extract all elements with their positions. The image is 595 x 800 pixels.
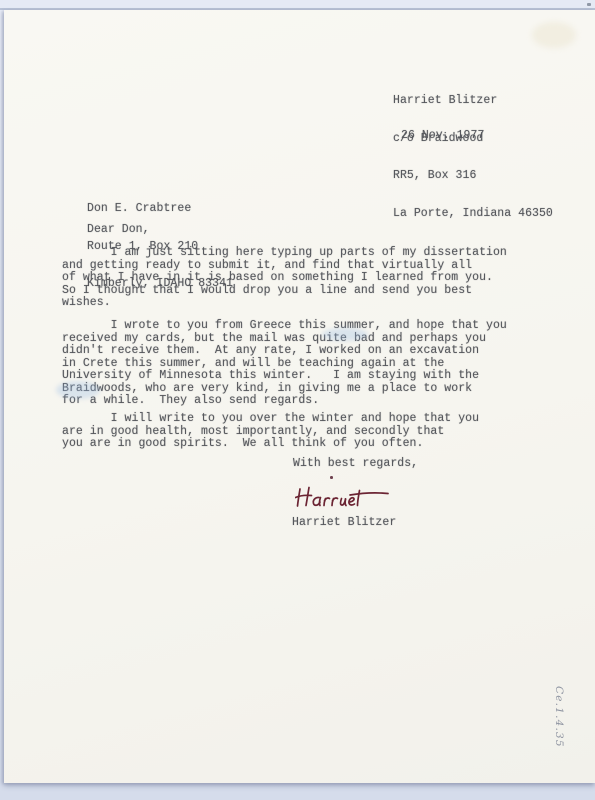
- salutation: Dear Don,: [87, 224, 150, 237]
- letter-date: 26 Nov. 1977: [401, 130, 484, 143]
- typed-signature-name: Harriet Blitzer: [292, 517, 396, 530]
- scan-smudge: [56, 381, 100, 399]
- sender-line: RR5, Box 316: [393, 170, 553, 183]
- paper-stain: [532, 22, 576, 48]
- handwritten-signature: [295, 484, 390, 514]
- letter-paper: Harriet Blitzer c/o Braidwood RR5, Box 3…: [4, 10, 595, 783]
- body-paragraph-3: I will write to you over the winter and …: [62, 413, 479, 451]
- signature-strokes: [296, 488, 389, 507]
- recipient-line: Don E. Crabtree: [87, 203, 233, 216]
- sender-address: Harriet Blitzer c/o Braidwood RR5, Box 3…: [393, 70, 553, 245]
- archival-annotation: Ce.1.4.35: [553, 686, 565, 756]
- sender-line: Harriet Blitzer: [393, 95, 553, 108]
- scan-speck: [587, 3, 591, 6]
- body-paragraph-2: I wrote to you from Greece this summer, …: [62, 320, 507, 408]
- sender-line: La Porte, Indiana 46350: [393, 208, 553, 221]
- scan-edge-top: [0, 0, 595, 10]
- body-paragraph-1: I am just sitting here typing up parts o…: [62, 247, 507, 310]
- closing-line: With best regards,: [293, 458, 418, 471]
- scan-smudge: [322, 328, 368, 341]
- ink-dot: [330, 476, 333, 479]
